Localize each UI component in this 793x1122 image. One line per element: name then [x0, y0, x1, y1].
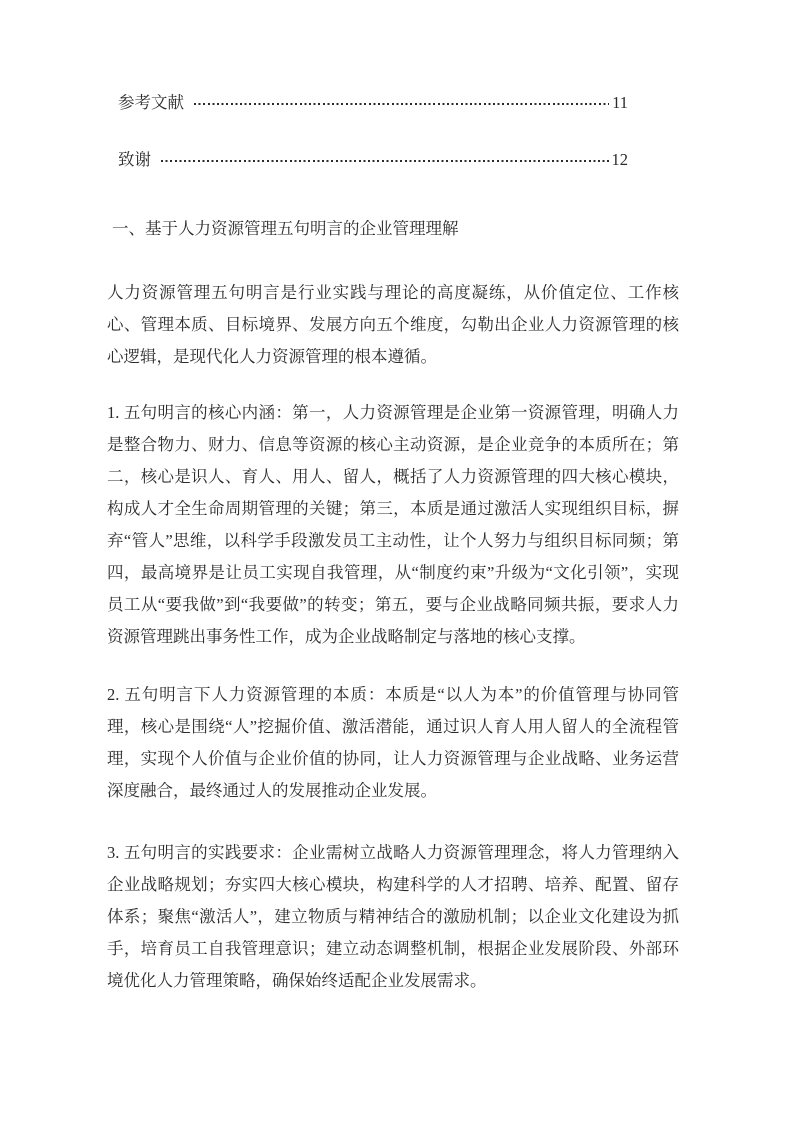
toc-entry-page-number: 11 — [612, 87, 628, 118]
section-heading: 一、基于人力资源管理五句明言的企业管理理解 — [112, 213, 679, 244]
numbered-paragraph-3: 3. 五句明言的实践要求：企业需树立战略人力资源管理理念，将人力管理纳入企业战略… — [107, 837, 679, 997]
toc-entry-label: 致谢 — [118, 144, 151, 175]
toc-entry-acknowledgements: 致谢 12 — [118, 144, 628, 175]
toc-leader-dots — [161, 160, 609, 162]
intro-paragraph: 人力资源管理五句明言是行业实践与理论的高度凝练，从价值定位、工作核心、管理本质、… — [107, 277, 679, 373]
toc-entry-page-number: 12 — [612, 144, 629, 175]
numbered-paragraph-2: 2. 五句明言下人力资源管理的本质：本质是“以人为本”的价值管理与协同管理，核心… — [107, 679, 679, 807]
document-page: 参考文献 11 致谢 12 一、基于人力资源管理五句明言的企业管理理解 人力资源… — [0, 0, 793, 1122]
numbered-paragraph-1: 1. 五句明言的核心内涵：第一，人力资源管理是企业第一资源管理，明确人力是整合物… — [107, 397, 679, 653]
toc-leader-dots — [194, 103, 609, 105]
toc-entry-label: 参考文献 — [118, 87, 184, 118]
toc-entry-references: 参考文献 11 — [118, 87, 628, 118]
